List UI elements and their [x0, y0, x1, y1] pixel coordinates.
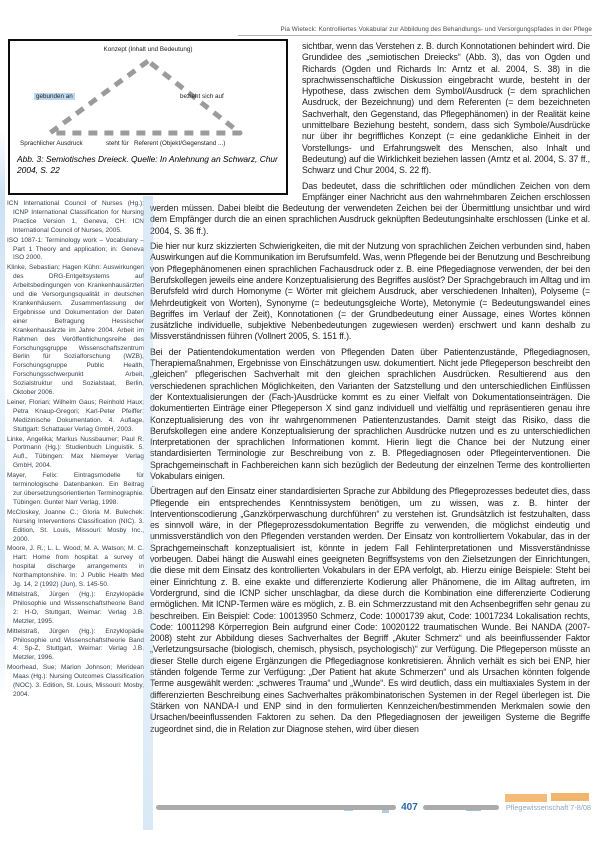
scan-artifact-left-edge [0, 130, 5, 696]
reference-item: Moore, J. R.; L. L. Wood; M. A. Watson; … [7, 545, 144, 590]
reference-item: Mayer, Felix: Eintragsmodelle für termin… [7, 472, 144, 508]
reference-item: Mittelstraß, Jürgen (Hg.): Enzyklopädie … [7, 591, 144, 627]
page: { "page": { "running_head": "Pia Wieteck… [0, 0, 595, 842]
paragraph: Die hier nur kurz skizzierten Schwierigk… [150, 241, 590, 343]
reference-item: Mittelstraß, Jürgen (Hg.): Enzyklopädie … [7, 628, 144, 664]
reference-item: McCloskey, Joanne C.; Gloria M. Bulechek… [7, 509, 144, 545]
triangle-concept-label: Konzept (Inhalt und Bedeutung) [10, 46, 286, 53]
paragraph: Bei der Patientendokumentation werden vo… [150, 347, 590, 483]
page-number: 407 [401, 802, 418, 813]
triangle-left-edge-label: gebunden an [34, 93, 75, 100]
running-head: Pia Wieteck: Kontrolliertes Vokabular zu… [238, 26, 592, 36]
triangle-referent-label: Referent (Objekt/Gegenstand ...) [134, 140, 225, 147]
journal-issue-label: Pflegewissenschaft 7-8/08 [506, 803, 591, 812]
figure-semiotic-triangle: Konzept (Inhalt und Bedeutung) gebunden … [8, 39, 288, 195]
triangle-right-edge-label: bezieht sich auf [180, 93, 224, 100]
reference-item: Linke, Angelika; Markus Nussbaumer; Paul… [7, 436, 144, 472]
footer-rule-left [156, 805, 396, 810]
reference-item: Klinke, Sebastian; Hagen Kühn: Auswirkun… [7, 264, 144, 398]
reference-item: Leiner, Florian; Wilhelm Gaus; Reinhold … [7, 399, 144, 435]
reference-item: ICN International Council of Nurses (Hg.… [7, 200, 144, 236]
paragraph: Übertragen auf den Einsatz einer standar… [150, 486, 590, 735]
reference-item: Moorhead, Sue; Marion Johnson; Meridean … [7, 664, 144, 700]
highlight-mark-orange [551, 793, 589, 801]
page-footer: 407 Pflegewissenschaft 7-8/08 [156, 801, 591, 814]
figure-caption: Abb. 3: Semiotisches Dreieck. Quelle: In… [17, 154, 281, 176]
footer-rule-right [423, 805, 499, 810]
triangle-stands-for-label: steht für [106, 140, 129, 147]
reference-item: ISO 1087-1: Terminology work – Vocabular… [7, 237, 144, 264]
references-column: ICN International Council of Nurses (Hg.… [7, 200, 144, 805]
triangle-expression-label: Sprachlicher Ausdruck [20, 140, 83, 147]
